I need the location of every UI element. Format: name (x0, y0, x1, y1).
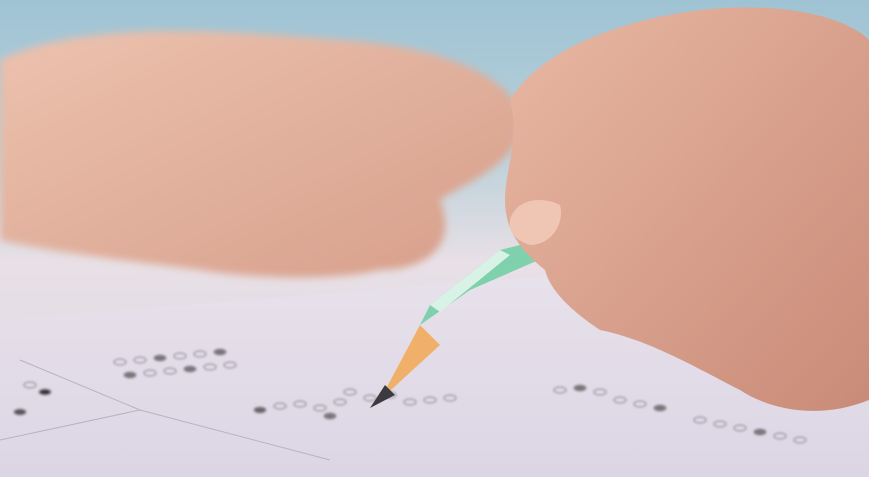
answer-sheet-photo (0, 0, 869, 477)
photo-scene (0, 0, 869, 477)
left-hand (0, 31, 521, 277)
